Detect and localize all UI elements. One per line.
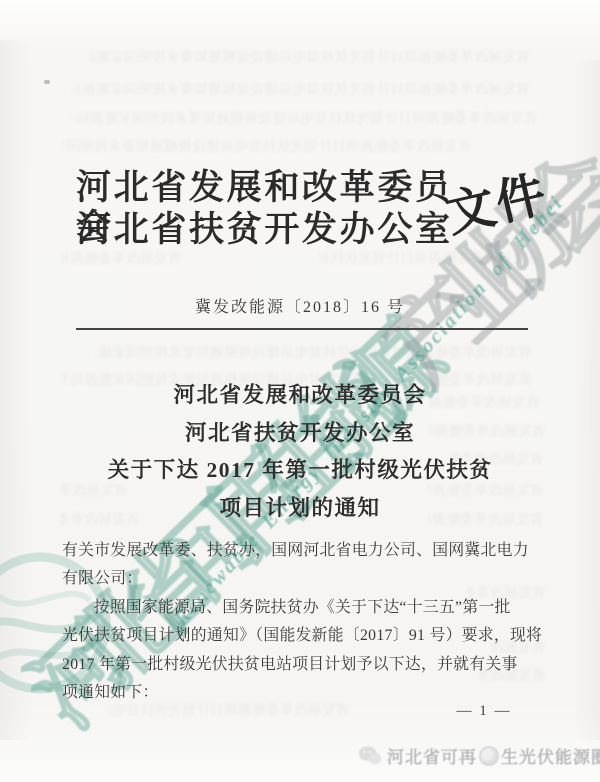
body-line: 按照国家能源局、国务院扶贫办《关于下达“十三五”第一批 [62, 594, 540, 622]
body-line: 2017 年第一批村级光伏扶贫电站项目计划予以下达，并就有关事 [62, 651, 540, 679]
scan-speck [44, 80, 50, 84]
title-line: 河北省扶贫开发办公室 [0, 415, 600, 453]
bleedthrough-text: 省发展改革委能源项目计划光伏扶贫电站建设规模通知要求按照国家能源局有关事项冀北电… [72, 111, 538, 129]
letterhead-divider [76, 328, 528, 330]
letterhead-org-line2: 河北省扶贫开发办公室 [76, 210, 450, 250]
document-number: 冀发改能源〔2018〕16 号 [0, 294, 600, 317]
brand-name-right: 生光伏能源圈 [501, 743, 600, 768]
bleedthrough-text: 省发展改革委能源项目计划光伏扶贫电站建设规模通知要求按照国家能源局有关事项冀北电… [62, 251, 182, 269]
scanned-document-page: 省发展改革委能源项目计划光伏扶贫电站建设规模通知要求按照国家能源局有关事项冀北电… [0, 0, 600, 782]
title-line: 项目计划的通知 [0, 490, 600, 528]
document-body: 有关市发展改革委、扶贫办，国网河北省电力公司、国网冀北电力 有限公司： 按照国家… [62, 537, 540, 707]
body-line: 有关市发展改革委、扶贫办，国网河北省电力公司、国网冀北电力 [62, 537, 540, 565]
bleedthrough-text: 省发展改革委能源项目计划光伏扶贫电站建设规模通知要求按照国家能源局有关事项冀北电… [72, 82, 530, 100]
body-line: 光伏扶贫项目计划的通知》（国能发新能〔2017〕91 号）要求，现将 [62, 622, 540, 650]
title-line: 关于下达 2017 年第一批村级光伏扶贫 [0, 452, 600, 490]
bleedthrough-text: 省发展改革委能源项目计划光伏扶贫电站建设规模通知要求按照国家能源局有关事项冀北电… [62, 139, 472, 157]
document-title: 河北省发展和改革委员会 河北省扶贫开发办公室 关于下达 2017 年第一批村级光… [0, 377, 600, 527]
body-line: 有限公司： [62, 565, 540, 593]
wechat-brand-strip: 河北省可再 生光伏能源圈 [358, 743, 600, 768]
wechat-logo-icon [358, 745, 382, 767]
brand-name-left: 河北省可再 [387, 743, 477, 768]
bleedthrough-text: 省发展改革委能源项目计划光伏扶贫电站建设规模通知要求按照国家能源局有关事项冀北电… [90, 50, 530, 68]
title-line: 河北省发展和改革委员会 [0, 377, 600, 415]
page-number: — 1 — [436, 703, 532, 720]
brand-mini-logo-icon [479, 746, 499, 766]
